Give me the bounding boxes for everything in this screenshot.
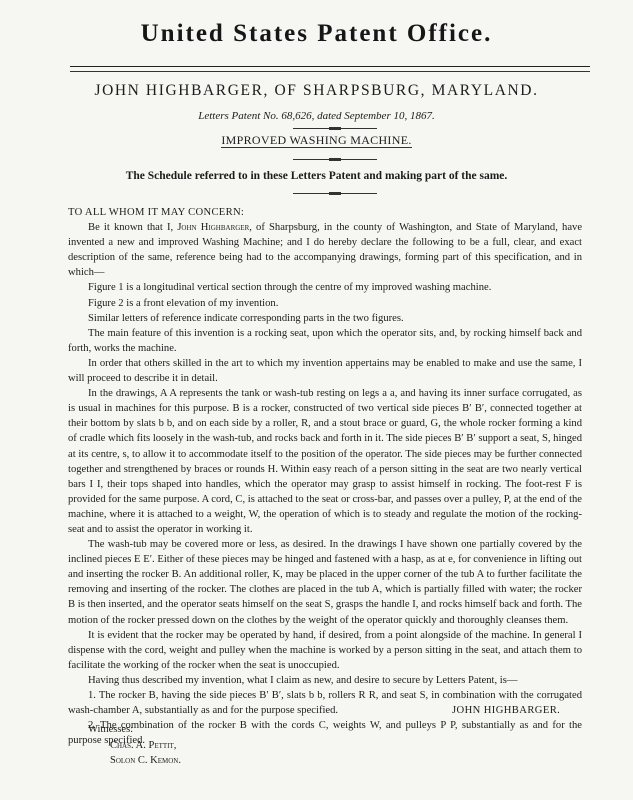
inventor-line: JOHN HIGHBARGER, OF SHARPSBURG, MARYLAND…: [0, 82, 633, 100]
paragraph: The wash-tub may be covered more or less…: [68, 537, 582, 628]
paragraph: The main feature of this invention is a …: [68, 326, 582, 356]
header-double-rule: [70, 66, 590, 72]
witness-name: Solon C. Kemon.: [110, 755, 181, 766]
paragraph: It is evident that the rocker may be ope…: [68, 628, 582, 673]
paragraph: Similar letters of reference indicate co…: [68, 311, 582, 326]
schedule-line: The Schedule referred to in these Letter…: [0, 170, 633, 182]
inventor-signature: JOHN HIGHBARGER.: [452, 705, 560, 716]
patent-number-line: Letters Patent No. 68,626, dated Septemb…: [0, 110, 633, 122]
paragraph: In the drawings, A A represents the tank…: [68, 386, 582, 537]
paragraph: Figure 2 is a front elevation of my inve…: [68, 296, 582, 311]
ornament-rule: [293, 193, 377, 194]
paragraph-text: Be it known that I,: [88, 222, 177, 233]
invention-title: IMPROVED WASHING MACHINE.: [0, 133, 633, 148]
patent-document: United States Patent Office. JOHN HIGHBA…: [0, 0, 633, 800]
witnesses-label: Witnesses:: [88, 724, 133, 735]
specification-body: TO ALL WHOM IT MAY CONCERN: Be it known …: [68, 205, 582, 748]
invention-title-text: IMPROVED WASHING MACHINE.: [221, 133, 411, 148]
ornament-rule: [293, 128, 377, 129]
witness-name: Chas. A. Pettit,: [110, 740, 176, 751]
paragraph: Be it known that I, John Highbarger, of …: [68, 220, 582, 280]
paragraph: Figure 1 is a longitudinal vertical sect…: [68, 280, 582, 295]
ornament-rule: [293, 159, 377, 160]
paragraph: In order that others skilled in the art …: [68, 356, 582, 386]
inventor-name: John Highbarger: [177, 222, 249, 233]
salutation: TO ALL WHOM IT MAY CONCERN:: [68, 205, 582, 220]
office-title: United States Patent Office.: [0, 20, 633, 48]
paragraph: Having thus described my invention, what…: [68, 673, 582, 688]
